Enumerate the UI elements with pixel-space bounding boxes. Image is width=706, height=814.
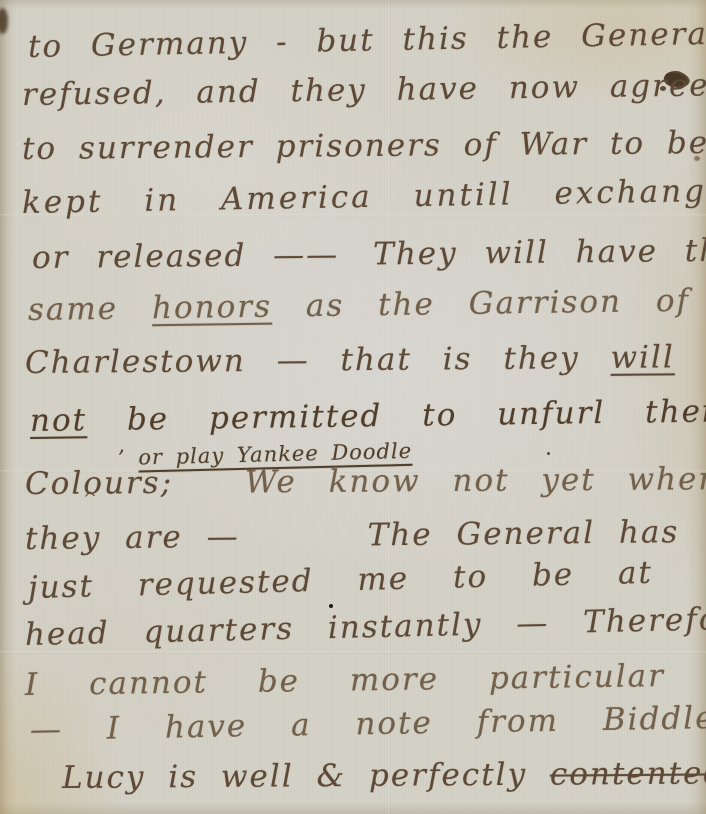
letter-line-3: to surrender prisoners of War to be	[22, 125, 706, 167]
letter-line-13: head quarters instantly — Therefore	[25, 600, 706, 653]
text-segment: We know not yet where	[245, 461, 706, 500]
text-segment: Colours;	[25, 465, 173, 502]
text-segment: be permitted to unfurl their	[87, 393, 706, 438]
caret-insertion-icon: ^	[82, 489, 98, 510]
ink-smudge-top-left	[0, 8, 8, 34]
letter-line-16: Lucy is well & perfectly contented	[62, 755, 706, 796]
letter-line-15: — I have a note from Biddle	[30, 700, 706, 748]
letter-line-14: I cannot be more particular	[25, 658, 665, 703]
text-segment: to Germany - but this the General	[28, 16, 706, 65]
letter-line-10: Colours;We know not yet where	[25, 461, 706, 502]
underlined-text: will	[610, 339, 675, 376]
text-segment: kept in America untill exchanged	[22, 172, 706, 221]
text-segment: refused, and they have now agreed.	[22, 67, 706, 113]
letter-line-4: kept in America untill exchanged	[22, 172, 706, 221]
text-segment: They will have the	[373, 233, 706, 273]
underlined-text: honors	[152, 289, 272, 327]
letter-line-8: not be permitted to unfurl their	[30, 393, 706, 439]
text-segment: The General has	[367, 514, 679, 553]
letter-line-2: refused, and they have now agreed.	[22, 67, 706, 113]
underlined-text: not	[30, 402, 88, 439]
letter-line-12: just requested me to be at	[28, 555, 654, 606]
text-segment: Charlestown — that is they	[25, 340, 611, 381]
text-segment: they are —	[25, 519, 240, 557]
letter-line-11: they are —The General has	[25, 514, 680, 557]
letter-line-1: to Germany - but this the General	[28, 16, 706, 65]
text-segment: I cannot be more particular	[25, 658, 665, 703]
letter-line-5: or released ——They will have the	[32, 233, 706, 276]
text-segment: to surrender prisoners of War to be	[22, 125, 706, 167]
text-segment: just requested me to be at	[28, 555, 654, 606]
letter-line-7: Charlestown — that is they will	[25, 339, 675, 381]
text-segment: Lucy is well & perfectly	[62, 757, 550, 796]
ink-fleck	[547, 452, 550, 455]
text-segment: or released ——	[32, 237, 340, 276]
text-segment: head quarters instantly — Therefore	[25, 600, 706, 653]
letter-paper: to Germany - but this the General refuse…	[0, 0, 706, 814]
fold-crease-horizontal	[0, 651, 706, 654]
struck-through-text: contented	[550, 755, 706, 792]
text-segment: same	[28, 290, 152, 328]
text-segment: — I have a note from Biddle	[30, 700, 706, 748]
text-segment: as the Garrison of	[272, 283, 691, 325]
ink-fleck	[329, 604, 333, 608]
letter-line-6: same honors as the Garrison of	[28, 283, 691, 328]
